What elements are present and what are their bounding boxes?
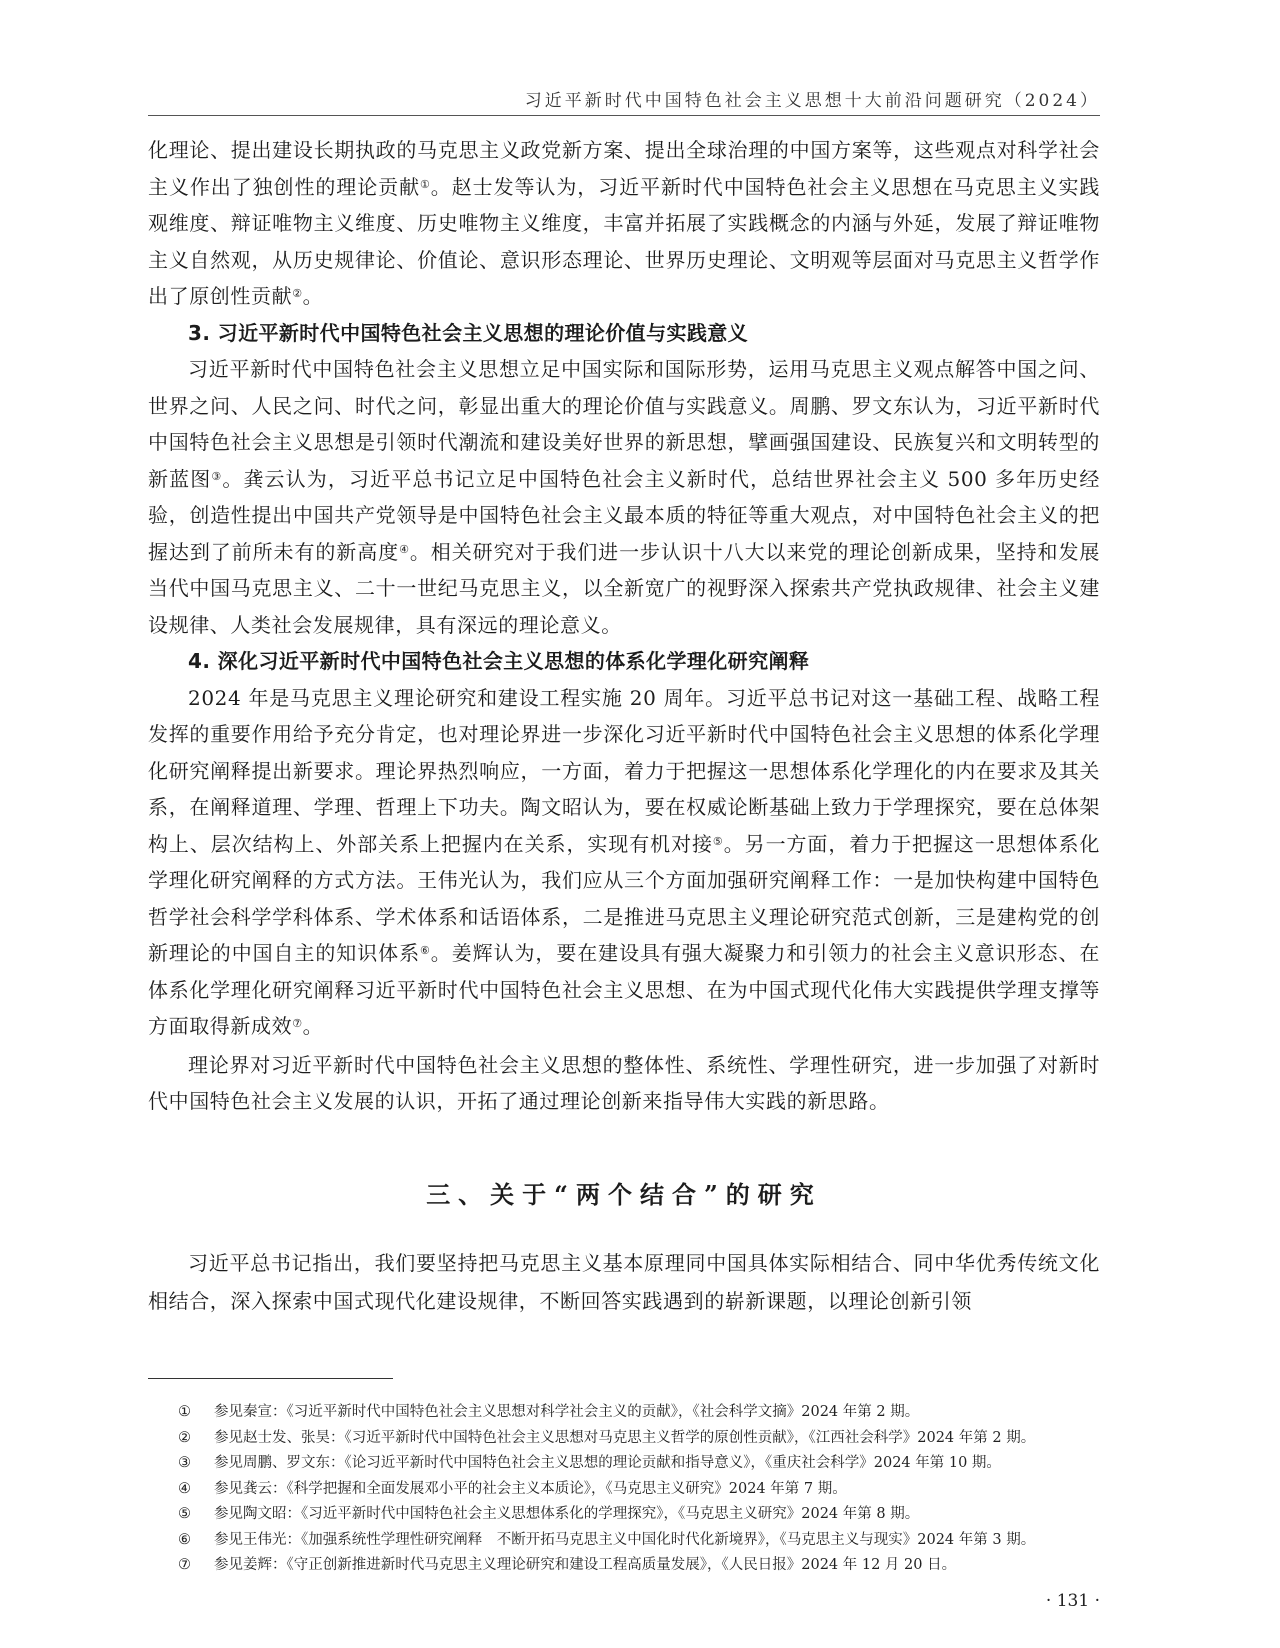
header-divider [148, 115, 1100, 116]
footnote-ref-3[interactable]: ③ [211, 470, 222, 483]
footnote-number: ④ [178, 1477, 214, 1503]
footnote-5: ⑤参见陶文昭：《习近平新时代中国特色社会主义思想体系化的学理探究》，《马克思主义… [178, 1502, 1108, 1528]
footnote-divider [148, 1378, 393, 1379]
footnote-text: 参见王伟光：《加强系统性学理性研究阐释 不断开拓马克思主义中国化时代化新境界》，… [214, 1532, 1035, 1548]
paragraph-4: 2024 年是马克思主义理论研究和建设工程实施 20 周年。习近平总书记对这一基… [148, 680, 1100, 1045]
main-body: 化理论、提出建设长期执政的马克思主义政党新方案、提出全球治理的中国方案等，这些观… [148, 132, 1100, 1120]
footnote-number: ⑦ [178, 1553, 214, 1579]
paragraph-continued: 化理论、提出建设长期执政的马克思主义政党新方案、提出全球治理的中国方案等，这些观… [148, 132, 1100, 315]
text-run: 。 [303, 284, 324, 308]
footnote-4: ④参见龚云：《科学把握和全面发展邓小平的社会主义本质论》，《马克思主义研究》20… [178, 1477, 1108, 1503]
footnote-text: 参见周鹏、罗文东：《论习近平新时代中国特色社会主义思想的理论贡献和指导意义》，《… [214, 1455, 1001, 1471]
footnote-text: 参见龚云：《科学把握和全面发展邓小平的社会主义本质论》，《马克思主义研究》202… [214, 1481, 847, 1497]
paragraph-section3: 习近平总书记指出，我们要坚持把马克思主义基本原理同中国具体实际相结合、同中华优秀… [148, 1244, 1100, 1320]
footnote-1: ①参见秦宣：《习近平新时代中国特色社会主义思想对科学社会主义的贡献》，《社会科学… [178, 1400, 1108, 1426]
footnote-text: 参见姜辉：《守正创新推进新时代马克思主义理论研究和建设工程高质量发展》，《人民日… [214, 1557, 956, 1573]
footnote-3: ③参见周鹏、罗文东：《论习近平新时代中国特色社会主义思想的理论贡献和指导意义》，… [178, 1451, 1108, 1477]
footnotes: ①参见秦宣：《习近平新时代中国特色社会主义思想对科学社会主义的贡献》，《社会科学… [178, 1400, 1108, 1579]
paragraph-summary: 理论界对习近平新时代中国特色社会主义思想的整体性、系统性、学理性研究，进一步加强… [148, 1047, 1100, 1120]
footnote-ref-5[interactable]: ⑤ [713, 835, 724, 848]
footnote-number: ⑥ [178, 1528, 214, 1554]
footnote-7: ⑦参见姜辉：《守正创新推进新时代马克思主义理论研究和建设工程高质量发展》，《人民… [178, 1553, 1108, 1579]
paragraph-3: 习近平新时代中国特色社会主义思想立足中国实际和国际形势，运用马克思主义观点解答中… [148, 351, 1100, 643]
footnote-ref-7[interactable]: ⑦ [292, 1017, 302, 1030]
section-title: 三、关于“两个结合”的研究 [148, 1175, 1100, 1210]
page-number: · 131 · [1046, 1591, 1100, 1611]
subheading-3: 3. 习近平新时代中国特色社会主义思想的理论价值与实践意义 [148, 315, 1100, 352]
footnote-text: 参见秦宣：《习近平新时代中国特色社会主义思想对科学社会主义的贡献》，《社会科学文… [214, 1404, 919, 1420]
footnote-number: ① [178, 1400, 214, 1426]
footnote-ref-1[interactable]: ① [420, 178, 431, 191]
footnote-2: ②参见赵士发、张昊：《习近平新时代中国特色社会主义思想对马克思主义哲学的原创性贡… [178, 1426, 1108, 1452]
footnote-ref-2[interactable]: ② [292, 287, 302, 300]
footnote-number: ⑤ [178, 1502, 214, 1528]
footnote-ref-6[interactable]: ⑥ [420, 944, 431, 957]
footnote-ref-4[interactable]: ④ [399, 543, 410, 556]
running-header: 习近平新时代中国特色社会主义思想十大前沿问题研究（2024） [148, 86, 1100, 111]
footnote-number: ② [178, 1426, 214, 1452]
footnote-text: 参见陶文昭：《习近平新时代中国特色社会主义思想体系化的学理探究》，《马克思主义研… [214, 1506, 919, 1522]
text-run: 。 [303, 1014, 324, 1038]
section-body: 习近平总书记指出，我们要坚持把马克思主义基本原理同中国具体实际相结合、同中华优秀… [148, 1244, 1100, 1320]
footnote-text: 参见赵士发、张昊：《习近平新时代中国特色社会主义思想对马克思主义哲学的原创性贡献… [214, 1430, 1035, 1446]
subheading-4: 4. 深化习近平新时代中国特色社会主义思想的体系化学理化研究阐释 [148, 643, 1100, 680]
text-run: 2024 年是马克思主义理论研究和建设工程实施 20 周年。习近平总书记对这一基… [148, 686, 1100, 856]
footnote-6: ⑥参见王伟光：《加强系统性学理性研究阐释 不断开拓马克思主义中国化时代化新境界》… [178, 1528, 1108, 1554]
footnote-number: ③ [178, 1451, 214, 1477]
